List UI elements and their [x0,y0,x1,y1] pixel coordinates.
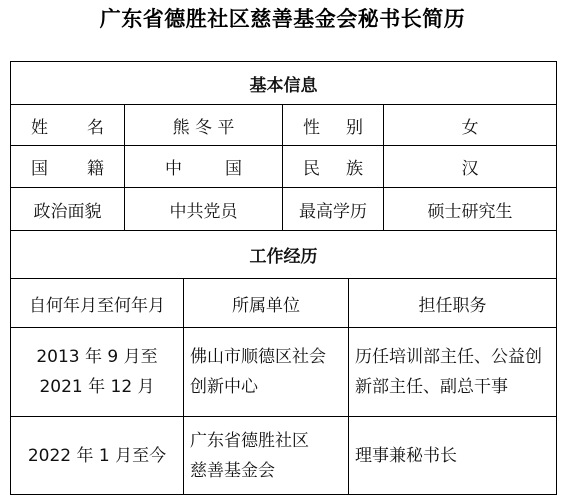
label-char: 姓 [31,113,48,138]
position-line: 理事兼秘书长 [355,441,457,471]
work-history-header-row: 工作经历 [11,230,556,278]
resume-table: 基本信息 姓 名 熊 冬 平 性 别 女 国 籍 中 国 民 族 汉 政治面貌 [10,61,557,495]
value-char: 国 [225,154,242,179]
entry-period: 2022 年 1 月至今 [11,417,183,494]
label-char: 籍 [87,154,104,179]
label-char: 国 [31,154,48,179]
organization-line: 佛山市顺德区社会 [190,342,326,372]
label-nationality: 国 籍 [11,146,124,187]
work-history-row: 2022 年 1 月至今 广东省德胜社区 慈善基金会 理事兼秘书长 [11,416,556,494]
value-name: 熊 冬 平 [124,105,282,145]
organization-line: 慈善基金会 [190,456,309,486]
label-ethnicity: 民 族 [282,146,383,187]
info-row-nationality: 国 籍 中 国 民 族 汉 [11,145,556,187]
value-char: 中 [165,154,182,179]
label-char: 别 [346,113,363,138]
label-char: 民 [303,154,320,179]
work-history-section-title: 工作经历 [11,231,556,278]
label-char: 性 [303,113,320,138]
value-ethnicity: 汉 [383,146,556,187]
period-line: 2021 年 12 月 [36,372,157,402]
column-header-organization: 所属单位 [183,279,348,327]
entry-position: 历任培训部主任、公益创 新部主任、副总干事 [348,328,556,416]
basic-info-section-title: 基本信息 [11,62,556,104]
entry-organization: 佛山市顺德区社会 创新中心 [183,328,348,416]
label-gender: 性 别 [282,105,383,145]
label-char: 族 [346,154,363,179]
period-line: 2022 年 1 月至今 [28,441,166,471]
work-history-column-headers: 自何年月至何年月 所属单位 担任职务 [11,278,556,327]
work-history-row: 2013 年 9 月至 2021 年 12 月 佛山市顺德区社会 创新中心 历任… [11,327,556,416]
column-header-period: 自何年月至何年月 [11,279,183,327]
label-name: 姓 名 [11,105,124,145]
value-education: 硕士研究生 [383,188,556,230]
value-nationality: 中 国 [124,146,282,187]
entry-period: 2013 年 9 月至 2021 年 12 月 [11,328,183,416]
position-line: 新部主任、副总干事 [355,372,542,402]
period-line: 2013 年 9 月至 [36,342,157,372]
entry-position: 理事兼秘书长 [348,417,556,494]
label-education: 最高学历 [282,188,383,230]
entry-organization: 广东省德胜社区 慈善基金会 [183,417,348,494]
document-title: 广东省德胜社区慈善基金会秘书长简历 [0,4,565,34]
basic-info-header-row: 基本信息 [11,62,556,104]
value-political-status: 中共党员 [124,188,282,230]
organization-line: 广东省德胜社区 [190,426,309,456]
label-political-status: 政治面貌 [11,188,124,230]
position-line: 历任培训部主任、公益创 [355,342,542,372]
value-gender: 女 [383,105,556,145]
info-row-political: 政治面貌 中共党员 最高学历 硕士研究生 [11,187,556,230]
column-header-position: 担任职务 [348,279,556,327]
info-row-name: 姓 名 熊 冬 平 性 别 女 [11,104,556,145]
label-char: 名 [87,113,104,138]
organization-line: 创新中心 [190,372,326,402]
